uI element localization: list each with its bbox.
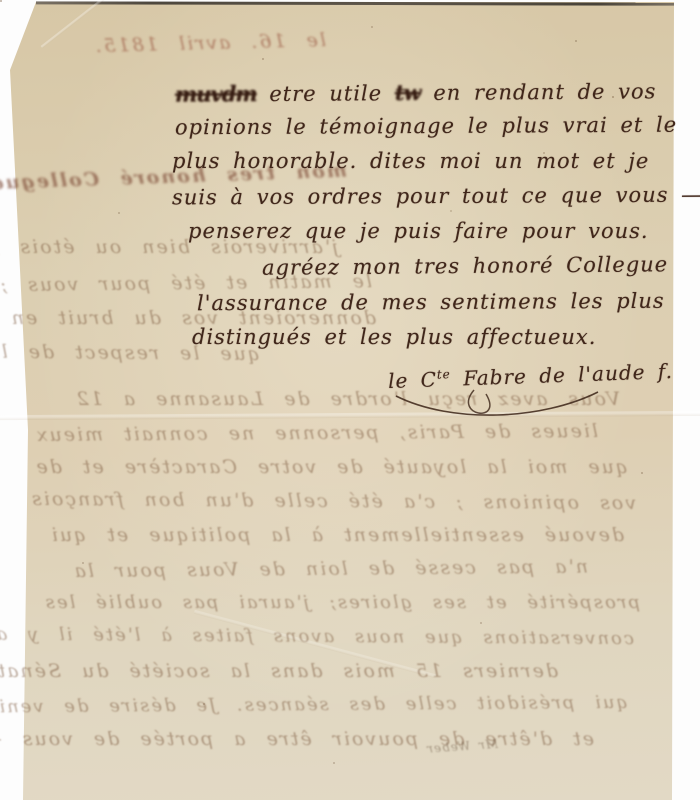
paper-specks — [0, 0, 2, 2]
signature-flourish — [382, 386, 612, 428]
scanned-letter: le 16. avril 1815. mon tres honoré Colle… — [0, 0, 700, 800]
crossed-out-word: tw — [395, 80, 421, 105]
letter-line-4: suis à vos ordres pour tout ce que vous … — [172, 183, 700, 210]
letter-line-2: opinions le témoignage le plus vrai et l… — [175, 113, 677, 140]
letter-line-1-text-a: etre utile — [269, 81, 382, 106]
letter-line-8: distingués et les plus affectueux. — [192, 325, 596, 349]
bleedthrough-line: que moi la loyauté de votre Caractère et… — [28, 456, 628, 478]
bleedthrough-line: prospérité et ses gloires; j'aurai pas o… — [28, 592, 640, 613]
bleedthrough-line: derniers 15 mois dans la société du Séna… — [28, 660, 558, 682]
letter-line-1: muvdm etre utile tw en rendant de vos — [175, 78, 657, 106]
bleedthrough-line: devoué essentiellement à la politique et… — [28, 524, 624, 546]
letter-line-3: plus honorable. dites moi un mot et je — [172, 149, 649, 173]
letter-line-5: penserez que je puis faire pour vous. — [188, 219, 649, 243]
bleedthrough-line: vos opinions ; c'a été celle d'un bon fr… — [28, 488, 636, 514]
bleedthrough-line: qui présidoit celle des séances. Je dési… — [28, 692, 628, 717]
letter-line-6: agréez mon tres honoré Collegue — [262, 252, 668, 280]
bleedthrough-line: conversations que nous avons faites à l'… — [28, 624, 634, 649]
scratched-out-word: muvdm — [175, 81, 257, 107]
letter-line-7: l'assurance de mes sentimens les plus — [197, 289, 665, 315]
letter-line-1-text-b: en rendant de vos — [433, 79, 656, 105]
signature-superscript: te — [437, 367, 451, 381]
bleedthrough-line: et d'être de pouvoir être a portée de vo… — [28, 728, 594, 750]
